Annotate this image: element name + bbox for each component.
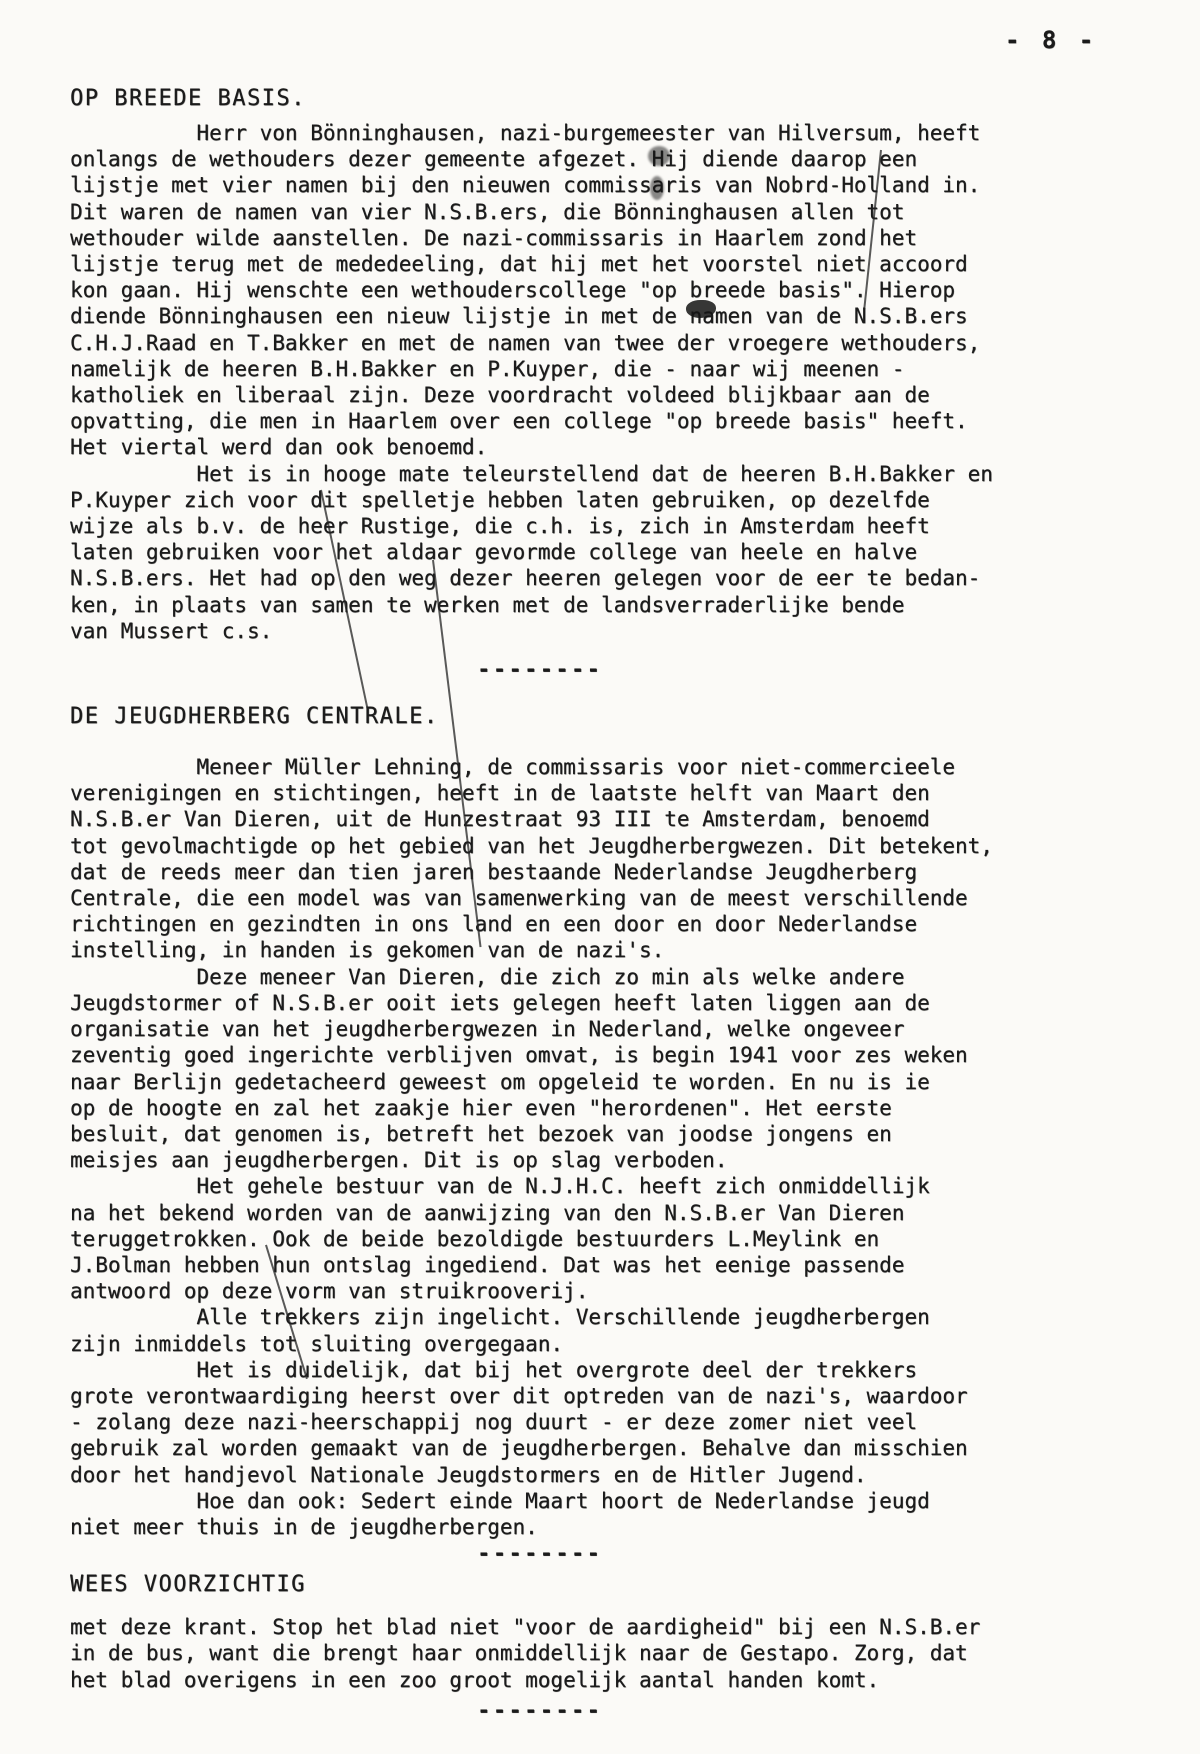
- section-body: met deze krant. Stop het blad niet "voor…: [70, 1614, 1045, 1693]
- section-divider: --------: [70, 1540, 1010, 1566]
- section-heading: WEES VOORZICHTIG: [70, 1572, 1045, 1598]
- section-body: Herr von Bönninghausen, nazi-burgemeeste…: [70, 120, 1045, 644]
- section-jeugdherberg-centrale: DE JEUGDHERBERG CENTRALE. Meneer Müller …: [70, 704, 1045, 1566]
- section-divider: --------: [70, 1697, 1010, 1723]
- section-heading: OP BREEDE BASIS.: [70, 86, 1045, 112]
- section-divider: --------: [70, 656, 1010, 682]
- section-body: Meneer Müller Lehning, de commissaris vo…: [70, 754, 1045, 1540]
- ink-smudge: [650, 176, 664, 200]
- document-content: OP BREEDE BASIS. Herr von Bönninghausen,…: [70, 0, 1045, 1723]
- ink-smudge: [648, 146, 670, 166]
- section-wees-voorzichtig: WEES VOORZICHTIG met deze krant. Stop he…: [70, 1572, 1045, 1723]
- section-op-breede-basis: OP BREEDE BASIS. Herr von Bönninghausen,…: [70, 86, 1045, 682]
- section-heading: DE JEUGDHERBERG CENTRALE.: [70, 704, 1045, 730]
- document-page: - 8 - OP BREEDE BASIS. Herr von Bönningh…: [0, 0, 1200, 1754]
